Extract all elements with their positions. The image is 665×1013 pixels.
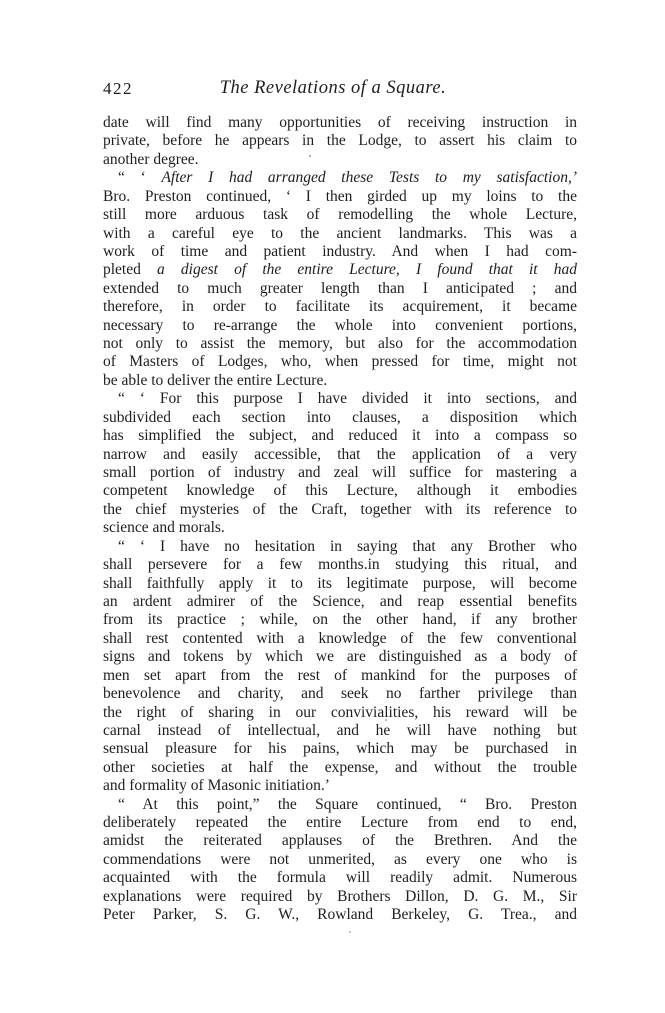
text-line: benevolence and charity, and seek no far… [103, 685, 577, 703]
text-line: of Masters of Lodges, who, when pressed … [103, 353, 577, 371]
scan-speck [349, 931, 351, 933]
text-segment: competent knowledge of this Lecture, alt… [103, 482, 577, 499]
text-segment: be able to deliver the entire Lecture. [103, 372, 327, 389]
text-line: acquainted with the formula will readily… [103, 869, 577, 887]
text-segment: acquainted with the formula will readily… [103, 869, 577, 886]
italic-text-segment: After I had arranged these Tests to my s… [161, 169, 577, 186]
text-line: “ ‘ I have no hesitation in saying that … [103, 538, 577, 556]
text-line: the right of sharing in our convivialiti… [103, 704, 577, 722]
text-line: deliberately repeated the entire Lecture… [103, 814, 577, 832]
text-segment: still more arduous task of remodelling t… [103, 206, 577, 223]
text-segment: sensual pleasure for his pains, which ma… [103, 740, 577, 757]
text-segment: with a careful eye to the ancient landma… [103, 225, 577, 242]
text-line: with a careful eye to the ancient landma… [103, 225, 577, 243]
text-segment: signs and tokens by which we are disting… [103, 648, 577, 665]
text-segment: an ardent admirer of the Science, and re… [103, 593, 577, 610]
text-line: narrow and easily accessible, that the a… [103, 446, 577, 464]
text-line: other societies at half the expense, and… [103, 759, 577, 777]
text-line: extended to much greater length than I a… [103, 280, 577, 298]
text-segment: “ ‘ I have no hesitation in saying that … [118, 538, 577, 555]
text-line: amidst the reiterated applauses of the B… [103, 832, 577, 850]
text-segment: has simplified the subject, and reduced … [103, 427, 577, 444]
text-line: private, before he appears in the Lodge,… [103, 132, 577, 150]
text-segment: explanations were required by Brothers D… [103, 888, 577, 905]
text-segment: date will find many opportunities of rec… [103, 114, 577, 131]
text-segment: shall persevere for a few months.in stud… [103, 556, 577, 573]
text-line: has simplified the subject, and reduced … [103, 427, 577, 445]
text-segment: shall faithfully apply it to its legitim… [103, 575, 577, 592]
text-line: be able to deliver the entire Lecture. [103, 372, 577, 390]
text-line: signs and tokens by which we are disting… [103, 648, 577, 666]
text-segment: necessary to re-arrange the whole into c… [103, 317, 577, 334]
text-line: pleted a digest of the entire Lecture, I… [103, 261, 577, 279]
text-line: another degree. [103, 151, 577, 169]
paragraph: “ ‘ After I had arranged these Tests to … [103, 169, 577, 390]
page-body: date will find many opportunities of rec… [103, 114, 577, 925]
text-line: men set apart from the rest of mankind f… [103, 667, 577, 685]
text-segment: deliberately repeated the entire Lecture… [103, 814, 577, 831]
text-line: work of time and patient industry. And w… [103, 243, 577, 261]
text-segment: and formality of Masonic initiation.’ [103, 777, 330, 794]
text-line: commendations were not unmerited, as eve… [103, 851, 577, 869]
text-line: sensual pleasure for his pains, which ma… [103, 740, 577, 758]
text-segment: men set apart from the rest of mankind f… [103, 667, 577, 684]
text-segment: of Masters of Lodges, who, when pressed … [103, 353, 577, 370]
text-segment: therefore, in order to facilitate its ac… [103, 298, 577, 315]
text-line: “ ‘ After I had arranged these Tests to … [103, 169, 577, 187]
text-line: carnal instead of intellectual, and he w… [103, 722, 577, 740]
text-segment: Bro. Preston continued, ‘ I then girded … [103, 188, 577, 205]
text-line: the chief mysteries of the Craft, togeth… [103, 501, 577, 519]
text-segment: subdivided each section into clauses, a … [103, 409, 577, 426]
text-line: science and morals. [103, 519, 577, 537]
text-segment: “ ‘ [118, 169, 161, 186]
text-segment: small portion of industry and zeal will … [103, 464, 577, 481]
text-line: small portion of industry and zeal will … [103, 464, 577, 482]
text-segment: work of time and patient industry. And w… [103, 243, 577, 260]
italic-text-segment: a digest of the entire Lecture, I found … [157, 261, 577, 278]
text-line: shall rest contented with a knowledge of… [103, 630, 577, 648]
text-line: from its practice ; while, on the other … [103, 611, 577, 629]
text-segment: extended to much greater length than I a… [103, 280, 577, 297]
paragraph: “ At this point,” the Square continued, … [103, 796, 577, 925]
text-line: an ardent admirer of the Science, and re… [103, 593, 577, 611]
scan-speck [385, 719, 387, 721]
text-segment: benevolence and charity, and seek no far… [103, 685, 577, 702]
text-line: necessary to re-arrange the whole into c… [103, 317, 577, 335]
text-segment: commendations were not unmerited, as eve… [103, 851, 577, 868]
text-segment: science and morals. [103, 519, 225, 536]
paragraph: “ ‘ I have no hesitation in saying that … [103, 538, 577, 796]
text-segment: the chief mysteries of the Craft, togeth… [103, 501, 577, 518]
text-line: date will find many opportunities of rec… [103, 114, 577, 132]
text-line: Bro. Preston continued, ‘ I then girded … [103, 188, 577, 206]
text-segment: carnal instead of intellectual, and he w… [103, 722, 577, 739]
text-segment: amidst the reiterated applauses of the B… [103, 832, 577, 849]
text-line: and formality of Masonic initiation.’ [103, 777, 577, 795]
book-page: 422 The Revelations of a Square. date wi… [0, 0, 665, 1013]
text-line: shall persevere for a few months.in stud… [103, 556, 577, 574]
text-segment: Peter Parker, S. G. W., Rowland Berkeley… [103, 906, 577, 923]
text-segment: pleted [103, 261, 157, 278]
text-line: subdivided each section into clauses, a … [103, 409, 577, 427]
text-segment: other societies at half the expense, and… [103, 759, 577, 776]
paragraph: date will find many opportunities of rec… [103, 114, 577, 169]
text-line: “ At this point,” the Square continued, … [103, 796, 577, 814]
text-segment: shall rest contented with a knowledge of… [103, 630, 577, 647]
page-header: 422 The Revelations of a Square. [103, 78, 577, 100]
text-segment: narrow and easily accessible, that the a… [103, 446, 577, 463]
text-line: shall faithfully apply it to its legitim… [103, 575, 577, 593]
running-title: The Revelations of a Square. [103, 78, 563, 99]
text-segment: “ ‘ For this purpose I have divided it i… [118, 390, 577, 407]
text-line: therefore, in order to facilitate its ac… [103, 298, 577, 316]
text-segment: private, before he appears in the Lodge,… [103, 132, 577, 149]
text-line: Peter Parker, S. G. W., Rowland Berkeley… [103, 906, 577, 924]
text-line: not only to assist the memory, but also … [103, 335, 577, 353]
text-line: still more arduous task of remodelling t… [103, 206, 577, 224]
text-segment: another degree. [103, 151, 199, 168]
text-segment: “ At this point,” the Square continued, … [118, 796, 577, 813]
text-segment: the right of sharing in our convivialiti… [103, 704, 577, 721]
text-line: competent knowledge of this Lecture, alt… [103, 482, 577, 500]
text-line: explanations were required by Brothers D… [103, 888, 577, 906]
text-segment: from its practice ; while, on the other … [103, 611, 577, 628]
paragraph: “ ‘ For this purpose I have divided it i… [103, 390, 577, 537]
text-segment: not only to assist the memory, but also … [103, 335, 577, 352]
scan-speck [309, 155, 311, 157]
text-line: “ ‘ For this purpose I have divided it i… [103, 390, 577, 408]
